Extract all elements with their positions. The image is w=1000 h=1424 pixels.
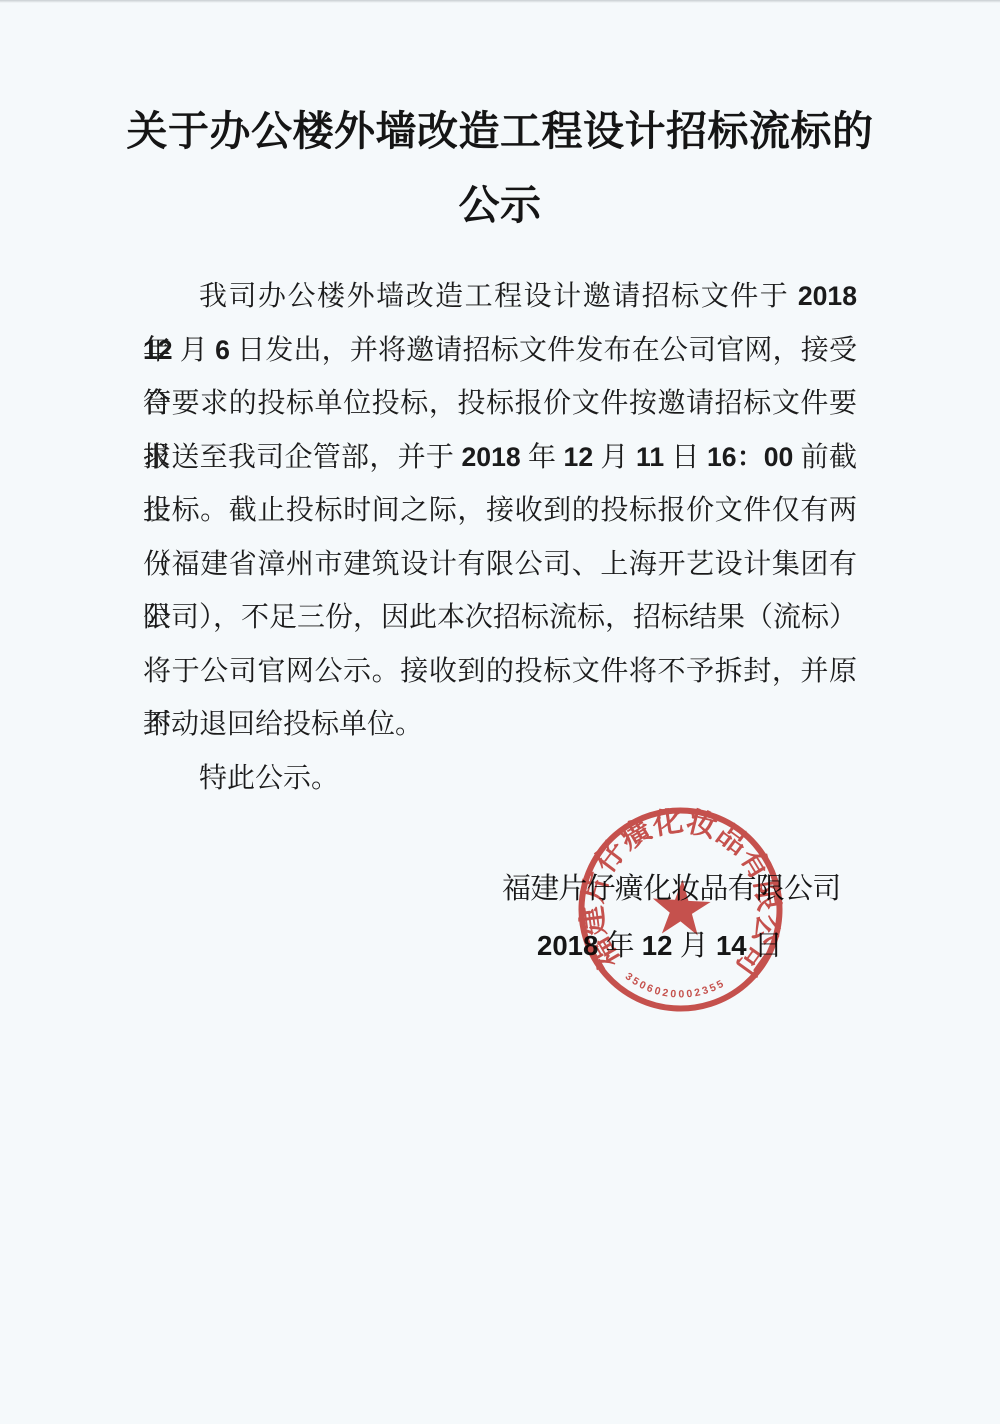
body-line: 我司办公楼外墙改造工程设计邀请招标文件于 2018 年 xyxy=(143,270,857,324)
company-seal-stamp: 福建片仔癀化妆品有限公司 3506020002355 xyxy=(570,799,791,1020)
signature-company-name: 福建片仔癀化妆品有限公司 xyxy=(502,866,840,907)
body-line: 合要求的投标单位投标，投标报价文件按邀请招标文件要求 xyxy=(143,377,857,431)
title-line-2: 公示 xyxy=(0,168,1000,242)
body-line: 不动退回给投标单位。 xyxy=(143,698,857,752)
body-closing-line: 特此公示。 xyxy=(143,752,857,806)
body-line: 报送至我司企管部，并于 2018 年 12 月 11 日 16：00 前截止 xyxy=(143,431,857,485)
body-line: 将于公司官网公示。接收到的投标文件将不予拆封，并原封 xyxy=(143,645,857,699)
body-line: （福建省漳州市建筑设计有限公司、上海开艺设计集团有限 xyxy=(143,538,857,592)
seal-serial-number: 3506020002355 xyxy=(622,970,729,1004)
body-line: 公司），不足三份，因此本次招标流标，招标结果（流标） xyxy=(143,591,857,645)
signature-date: 2018 年 12 月 14 日 xyxy=(537,923,783,964)
document-body: 我司办公楼外墙改造工程设计邀请招标文件于 2018 年 12 月 6 日发出，并… xyxy=(143,270,857,805)
scan-edge-artifact xyxy=(0,0,1000,3)
seal-ring-border xyxy=(575,804,786,1015)
body-line: 投标。截止投标时间之际，接收到的投标报价文件仅有两份 xyxy=(143,484,857,538)
document-title: 关于办公楼外墙改造工程设计招标流标的 公示 xyxy=(0,94,1000,242)
notice-document-page: 关于办公楼外墙改造工程设计招标流标的 公示 我司办公楼外墙改造工程设计邀请招标文… xyxy=(0,0,1000,1424)
seal-graphic: 福建片仔癀化妆品有限公司 3506020002355 xyxy=(570,799,791,1020)
body-line: 12 月 6 日发出，并将邀请招标文件发布在公司官网，接受符 xyxy=(143,324,857,378)
title-line-1: 关于办公楼外墙改造工程设计招标流标的 xyxy=(0,94,1000,168)
